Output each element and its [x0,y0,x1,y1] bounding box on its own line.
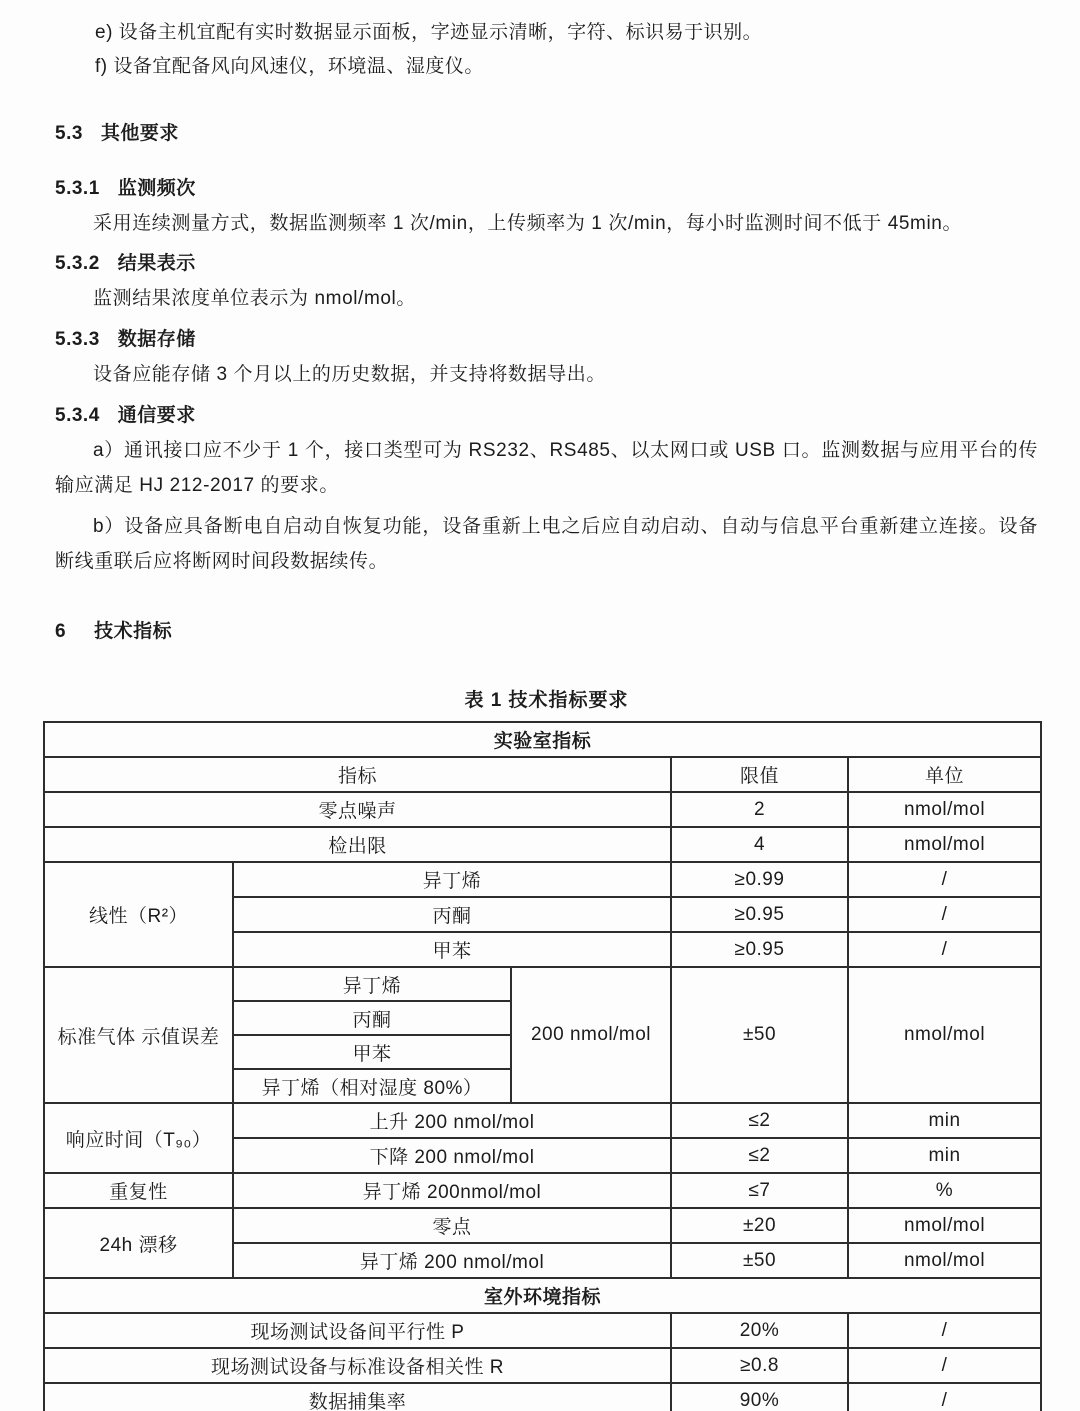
section-heading-5-3-1: 5.3.1监测频次 [55,173,1038,200]
section-number: 5.3.4 [55,405,100,427]
paragraph-5-3-1: 采用连续测量方式，数据监测频率 1 次/min，上传频率为 1 次/min，每小… [55,206,1038,241]
paragraph-5-3-4-a: a）通讯接口应不少于 1 个，接口类型可为 RS232、RS485、以太网口或 … [55,433,1038,503]
table-caption: 表 1 技术指标要求 [55,685,1038,712]
table-row: 24h 漂移 零点 ±20 nmol/mol [44,1208,1041,1243]
unit-cell: / [848,897,1041,932]
section-number: 5.3 [55,123,83,145]
table-row: 检出限 4 nmol/mol [44,827,1041,862]
group-cell-drift: 24h 漂移 [44,1208,233,1278]
list-item-f: f) 设备宜配备风向风速仪，环境温、湿度仪。 [95,50,1038,84]
group-cell-linearity: 线性（R²） [44,862,233,967]
paragraph-5-3-3: 设备应能存储 3 个月以上的历史数据，并支持将数据导出。 [55,357,1038,392]
section-title: 通信要求 [118,400,196,427]
table-row: 现场测试设备与标准设备相关性 R ≥0.8 / [44,1348,1041,1383]
list-item-e: e) 设备主机宜配有实时数据显示面板，字迹显示清晰，字符、标识易于识别。 [95,16,1038,50]
unit-cell: / [848,862,1041,897]
table-row: 指标 限值 单位 [44,757,1041,792]
lab-section-header: 实验室指标 [44,722,1041,757]
group-cell-repeatability: 重复性 [44,1173,233,1208]
limit-cell: 2 [671,792,848,827]
indicator-cell: 异丁烯 200nmol/mol [233,1173,671,1208]
section-number: 5.3.1 [55,178,100,200]
outdoor-section-header: 室外环境指标 [44,1278,1041,1313]
unit-cell: % [848,1173,1041,1208]
section-number: 6 [55,621,66,643]
table-row: 数据捕集率 90% / [44,1383,1041,1411]
col-header-indicator: 指标 [44,757,671,792]
table-row: 实验室指标 [44,722,1041,757]
table-row: 室外环境指标 [44,1278,1041,1313]
table-row: 响应时间（T₉₀） 上升 200 nmol/mol ≤2 min [44,1103,1041,1138]
unit-cell: min [848,1103,1041,1138]
section-number: 5.3.3 [55,329,100,351]
indicator-cell: 下降 200 nmol/mol [233,1138,671,1173]
unit-cell: nmol/mol [848,1208,1041,1243]
concentration-cell: 200 nmol/mol [511,967,671,1103]
unit-cell: nmol/mol [848,827,1041,862]
table-row: 现场测试设备间平行性 P 20% / [44,1313,1041,1348]
unit-cell: min [848,1138,1041,1173]
col-header-limit: 限值 [671,757,848,792]
unit-cell: / [848,1313,1041,1348]
unit-cell: / [848,1383,1041,1411]
limit-cell: ≥0.99 [671,862,848,897]
limit-cell: ≤2 [671,1103,848,1138]
group-cell-std-gas: 标准气体 示值误差 [44,967,233,1103]
limit-cell: 4 [671,827,848,862]
section-title: 其他要求 [101,118,179,145]
table-row: 标准气体 示值误差 异丁烯 200 nmol/mol ±50 nmol/mol [44,967,1041,1001]
section-heading-5-3-4: 5.3.4通信要求 [55,400,1038,427]
document-page: e) 设备主机宜配有实时数据显示面板，字迹显示清晰，字符、标识易于识别。 f) … [0,0,1080,1411]
section-title: 技术指标 [94,616,172,643]
table-row: 线性（R²） 异丁烯 ≥0.99 / [44,862,1041,897]
limit-cell: ≥0.8 [671,1348,848,1383]
indicator-cell: 异丁烯 [233,862,671,897]
limit-cell: ≥0.95 [671,897,848,932]
section-title: 结果表示 [118,248,196,275]
indicator-cell: 异丁烯 200 nmol/mol [233,1243,671,1278]
unit-cell: nmol/mol [848,1243,1041,1278]
table-row: 零点噪声 2 nmol/mol [44,792,1041,827]
limit-cell: ≥0.95 [671,932,848,967]
indicator-cell: 零点 [233,1208,671,1243]
indicator-cell: 上升 200 nmol/mol [233,1103,671,1138]
indicator-cell: 丙酮 [233,897,671,932]
indicator-cell: 异丁烯 [233,967,511,1001]
section-number: 5.3.2 [55,253,100,275]
section-title: 监测频次 [118,173,196,200]
indicator-cell: 丙酮 [233,1001,511,1035]
col-header-unit: 单位 [848,757,1041,792]
section-heading-5-3-2: 5.3.2结果表示 [55,248,1038,275]
limit-cell: 20% [671,1313,848,1348]
section-heading-6: 6技术指标 [55,616,1038,643]
indicator-cell: 甲苯 [233,932,671,967]
spec-table: 实验室指标 指标 限值 单位 零点噪声 2 nmol/mol 检出限 4 nmo… [43,721,1042,1411]
limit-cell: ±50 [671,1243,848,1278]
limit-cell: ±20 [671,1208,848,1243]
limit-cell: 90% [671,1383,848,1411]
indicator-cell: 甲苯 [233,1035,511,1069]
indicator-cell: 现场测试设备与标准设备相关性 R [44,1348,671,1383]
indicator-cell: 检出限 [44,827,671,862]
section-heading-5-3: 5.3其他要求 [55,118,1038,145]
unit-cell: nmol/mol [848,967,1041,1103]
limit-cell: ≤2 [671,1138,848,1173]
indicator-cell: 异丁烯（相对湿度 80%） [233,1069,511,1103]
limit-cell: ≤7 [671,1173,848,1208]
unit-cell: / [848,932,1041,967]
indicator-cell: 现场测试设备间平行性 P [44,1313,671,1348]
paragraph-5-3-2: 监测结果浓度单位表示为 nmol/mol。 [55,281,1038,316]
section-heading-5-3-3: 5.3.3数据存储 [55,324,1038,351]
section-title: 数据存储 [118,324,196,351]
indicator-cell: 零点噪声 [44,792,671,827]
paragraph-5-3-4-b: b）设备应具备断电自启动自恢复功能，设备重新上电之后应自动启动、自动与信息平台重… [55,509,1038,579]
group-cell-response-time: 响应时间（T₉₀） [44,1103,233,1173]
unit-cell: nmol/mol [848,792,1041,827]
table-row: 重复性 异丁烯 200nmol/mol ≤7 % [44,1173,1041,1208]
indicator-cell: 数据捕集率 [44,1383,671,1411]
limit-cell: ±50 [671,967,848,1103]
unit-cell: / [848,1348,1041,1383]
